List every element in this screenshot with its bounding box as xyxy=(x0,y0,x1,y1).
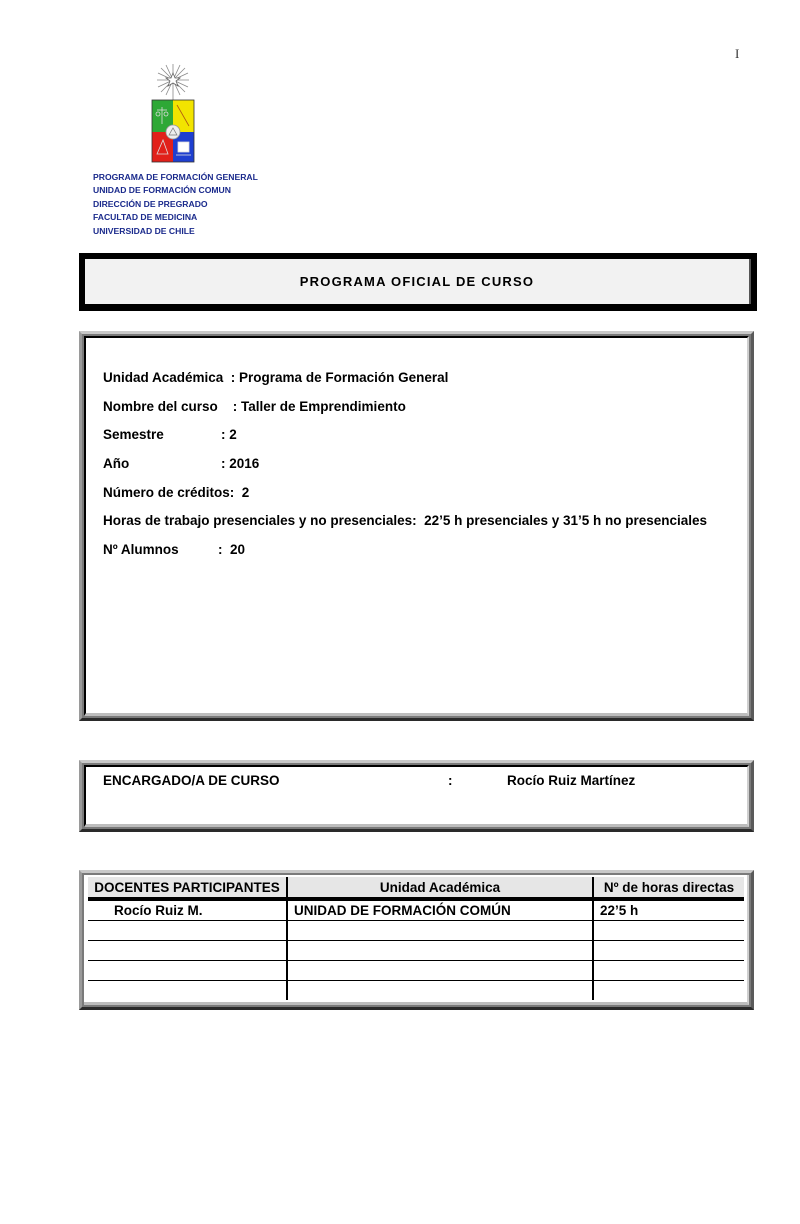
info-label: Nº Alumnos xyxy=(103,542,218,571)
course-info-row: Año: 2016 xyxy=(103,456,707,485)
organization-lines: PROGRAMA DE FORMACIÓN GENERAL UNIDAD DE … xyxy=(93,171,258,238)
responsible-name: Rocío Ruiz Martínez xyxy=(507,773,635,788)
info-value: : Programa de Formación General xyxy=(231,370,449,399)
table-row xyxy=(88,921,744,941)
direct-hours-cell xyxy=(593,941,744,961)
teacher-cell: Rocío Ruiz M. xyxy=(88,899,287,921)
page-number: I xyxy=(735,46,739,62)
direct-hours-cell xyxy=(593,921,744,941)
academic-unit-cell xyxy=(287,961,593,981)
teacher-cell xyxy=(88,921,287,941)
org-line: DIRECCIÓN DE PREGRADO xyxy=(93,198,258,211)
header-teachers: DOCENTES PARTICIPANTES xyxy=(88,877,287,899)
course-info-row: Nº Alumnos: 20 xyxy=(103,542,707,571)
teacher-cell xyxy=(88,961,287,981)
academic-unit-cell xyxy=(287,981,593,1001)
course-info-row: Semestre: 2 xyxy=(103,427,707,456)
course-info-row: Número de créditos: 2 xyxy=(103,485,707,514)
direct-hours-cell xyxy=(593,981,744,1001)
info-value: : 20 xyxy=(218,542,245,571)
academic-unit-cell xyxy=(287,921,593,941)
info-label: Número de créditos: xyxy=(103,485,242,514)
teacher-cell xyxy=(88,941,287,961)
info-label: Nombre del curso xyxy=(103,399,233,428)
org-line: UNIDAD DE FORMACIÓN COMUN xyxy=(93,184,258,197)
info-value: 2 xyxy=(242,485,250,514)
org-line: FACULTAD DE MEDICINA xyxy=(93,211,258,224)
teachers-table: DOCENTES PARTICIPANTES Unidad Académica … xyxy=(88,877,744,1000)
header-academic-unit: Unidad Académica xyxy=(287,877,593,899)
table-row: Rocío Ruiz M.UNIDAD DE FORMACIÓN COMÚN22… xyxy=(88,899,744,921)
academic-unit-cell: UNIDAD DE FORMACIÓN COMÚN xyxy=(287,899,593,921)
university-crest-logo xyxy=(147,62,199,164)
info-value: : 2 xyxy=(221,427,237,456)
info-value: : 2016 xyxy=(221,456,259,485)
info-value: : Taller de Emprendimiento xyxy=(233,399,406,428)
direct-hours-cell xyxy=(593,961,744,981)
table-row xyxy=(88,961,744,981)
course-info-row: Nombre del curso : Taller de Emprendimie… xyxy=(103,399,707,428)
info-label: Año xyxy=(103,456,221,485)
course-info-row: Unidad Académica : Programa de Formación… xyxy=(103,370,707,399)
teachers-table-box: DOCENTES PARTICIPANTES Unidad Académica … xyxy=(79,870,754,1010)
org-line: PROGRAMA DE FORMACIÓN GENERAL xyxy=(93,171,258,184)
course-info-row: Horas de trabajo presenciales y no prese… xyxy=(103,513,707,542)
responsible-label: ENCARGADO/A DE CURSO xyxy=(103,773,280,788)
info-label: Horas de trabajo presenciales y no prese… xyxy=(103,513,424,542)
org-line: UNIVERSIDAD DE CHILE xyxy=(93,225,258,238)
table-row xyxy=(88,981,744,1001)
table-header-row: DOCENTES PARTICIPANTES Unidad Académica … xyxy=(88,877,744,899)
academic-unit-cell xyxy=(287,941,593,961)
responsible-colon: : xyxy=(448,773,453,788)
course-info-list: Unidad Académica : Programa de Formación… xyxy=(103,370,707,571)
info-label: Unidad Académica xyxy=(103,370,231,399)
course-responsible-box: ENCARGADO/A DE CURSO : Rocío Ruiz Martín… xyxy=(79,760,754,832)
document-title: PROGRAMA OFICIAL DE CURSO xyxy=(85,259,751,304)
header-direct-hours: Nº de horas directas xyxy=(593,877,744,899)
direct-hours-cell: 22’5 h xyxy=(593,899,744,921)
table-row xyxy=(88,941,744,961)
course-info-box: Unidad Académica : Programa de Formación… xyxy=(79,331,754,721)
info-label: Semestre xyxy=(103,427,221,456)
title-box: PROGRAMA OFICIAL DE CURSO xyxy=(79,253,757,311)
teacher-cell xyxy=(88,981,287,1001)
info-value: 22’5 h presenciales y 31’5 h no presenci… xyxy=(424,513,707,542)
